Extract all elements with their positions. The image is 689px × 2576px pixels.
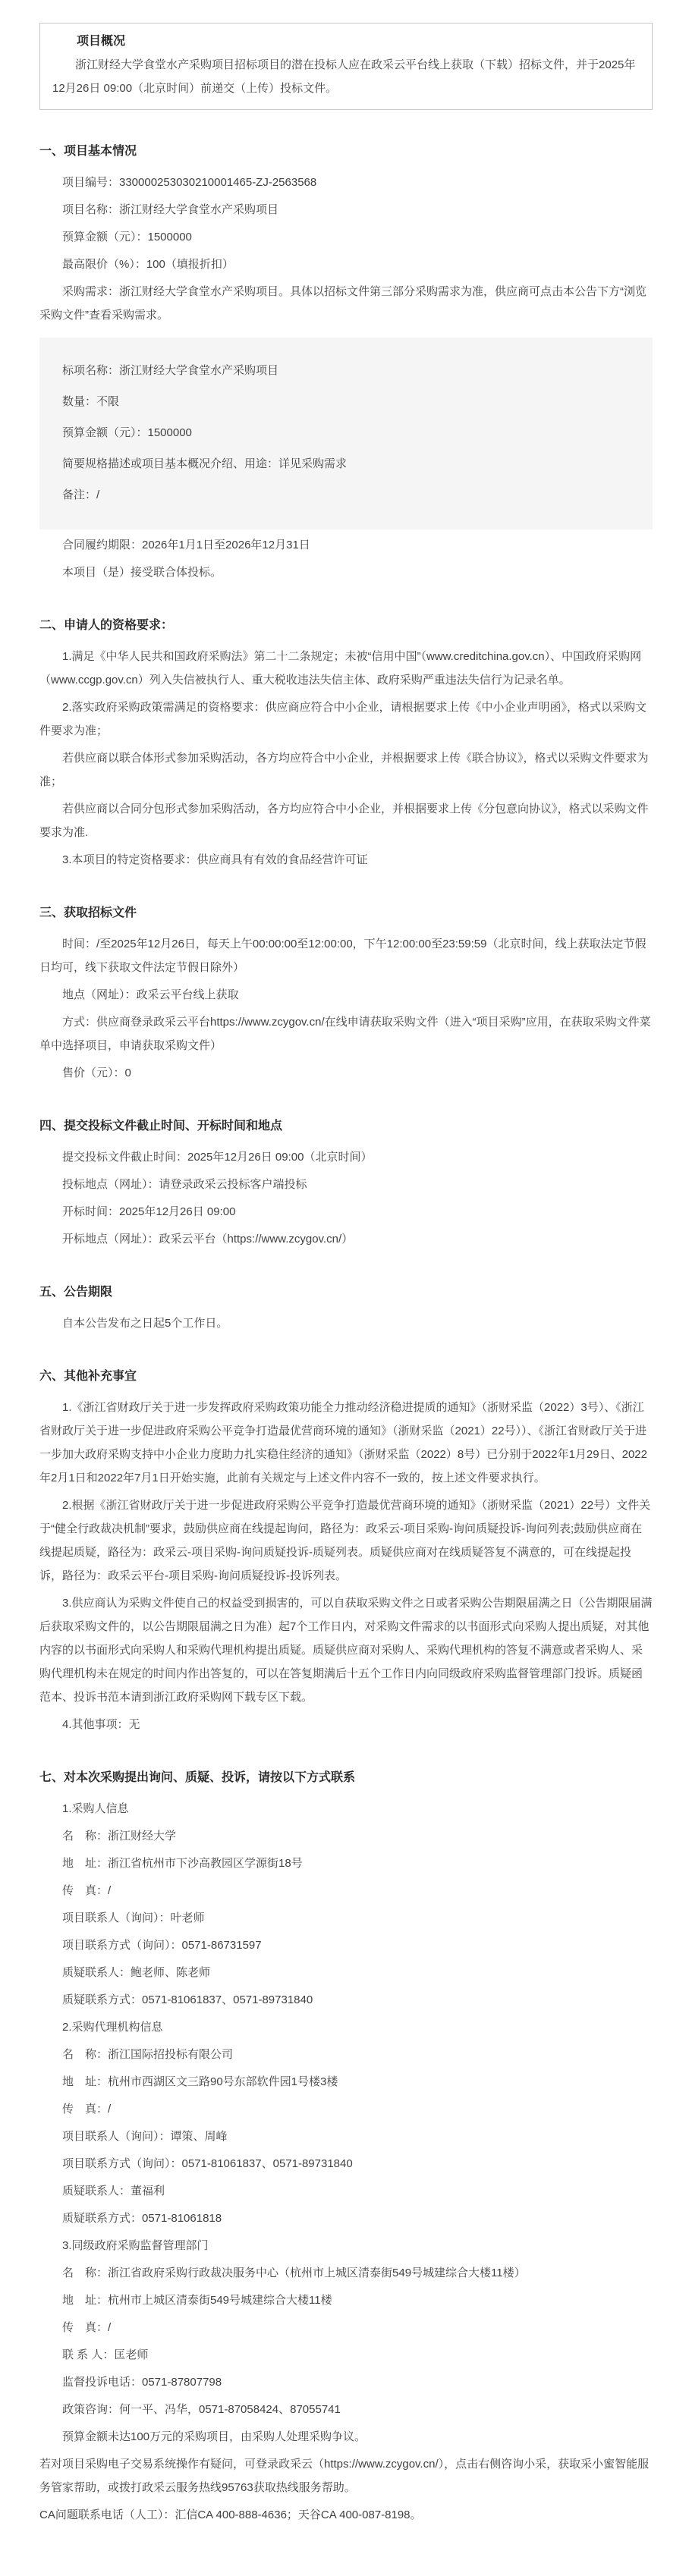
paragraph: 项目联系方式（询问）：0571-81061837、0571-89731840 <box>39 2152 653 2175</box>
paragraph: 3.同级政府采购监督管理部门 <box>39 2234 653 2257</box>
paragraph: 1.满足《中华人民共和国政府采购法》第二十二条规定；未被“信用中国”（www.c… <box>39 645 653 692</box>
overview-title: 项目概况 <box>52 30 640 53</box>
paragraph: 2.根据《浙江省财政厅关于进一步促进政府采购公平竞争打造最优营商环境的通知》（浙… <box>39 1494 653 1588</box>
paragraph: 名 称：浙江国际招投标有限公司 <box>39 2043 653 2066</box>
paragraph: 方式：供应商登录政采云平台https://www.zcygov.cn/在线申请获… <box>39 1010 653 1057</box>
section-heading: 五、公告期限 <box>39 1281 653 1304</box>
paragraph: 采购需求：浙江财经大学食堂水产采购项目。具体以招标文件第三部分采购需求为准，供应… <box>39 280 653 327</box>
panel-paragraph: 备注：/ <box>39 483 653 507</box>
paragraph: 4.其他事项：无 <box>39 1713 653 1736</box>
section-heading: 六、其他补充事宜 <box>39 1365 653 1388</box>
section-heading: 二、申请人的资格要求： <box>39 614 653 637</box>
paragraph: 预算金额未达100万元的采购项目，由采购人处理采购争议。 <box>39 2425 653 2449</box>
paragraph: 质疑联系人：鲍老师、陈老师 <box>39 1961 653 1984</box>
section-heading: 七、对本次采购提出询问、质疑、投诉，请按以下方式联系 <box>39 1767 653 1789</box>
paragraph: 项目名称：浙江财经大学食堂水产采购项目 <box>39 198 653 221</box>
paragraph: 1.采购人信息 <box>39 1797 653 1820</box>
paragraph: 联 系 人：匡老师 <box>39 2343 653 2367</box>
project-overview-box: 项目概况 浙江财经大学食堂水产采购项目招标项目的潜在投标人应在政采云平台线上获取… <box>39 23 653 110</box>
paragraph: 地 址：杭州市西湖区文三路90号东部软件园1号楼3楼 <box>39 2070 653 2094</box>
overview-body: 浙江财经大学食堂水产采购项目招标项目的潜在投标人应在政采云平台线上获取（下载）招… <box>52 53 640 100</box>
content: 一、项目基本情况项目编号：330000253030210001465-ZJ-25… <box>39 140 653 2527</box>
section-heading: 一、项目基本情况 <box>39 140 653 163</box>
paragraph: 2.落实政府采购政策需满足的资格要求：供应商应符合中小企业，请根据要求上传《中小… <box>39 696 653 743</box>
panel-paragraph: 数量：不限 <box>39 390 653 413</box>
paragraph: 地点（网址）：政采云平台线上获取 <box>39 983 653 1007</box>
paragraph: 传 真：/ <box>39 2316 653 2339</box>
paragraph: 地 址：浙江省杭州市下沙高教园区学源街18号 <box>39 1852 653 1875</box>
paragraph: 本项目（是）接受联合体投标。 <box>39 561 653 584</box>
paragraph: 质疑联系方式：0571-81061837、0571-89731840 <box>39 1988 653 2012</box>
paragraph: 项目编号：330000253030210001465-ZJ-2563568 <box>39 171 653 194</box>
paragraph: 名 称：浙江财经大学 <box>39 1824 653 1848</box>
paragraph: 质疑联系方式：0571-81061818 <box>39 2207 653 2230</box>
paragraph: 政策咨询：何一平、冯华，0571-87058424、87055741 <box>39 2398 653 2421</box>
paragraph: 质疑联系人：董福利 <box>39 2179 653 2203</box>
paragraph: 最高限价（%）：100（填报折扣） <box>39 253 653 276</box>
paragraph: 名 称：浙江省政府采购行政裁决服务中心（杭州市上城区清泰街549号城建综合大楼1… <box>39 2261 653 2285</box>
paragraph: 合同履约期限：2026年1月1日至2026年12月31日 <box>39 533 653 557</box>
panel-paragraph: 标项名称：浙江财经大学食堂水产采购项目 <box>39 359 653 382</box>
announcement-page: 项目概况 浙江财经大学食堂水产采购项目招标项目的潜在投标人应在政采云平台线上获取… <box>0 0 689 2576</box>
paragraph: CA问题联系电话（人工）：汇信CA 400-888-4636；天谷CA 400-… <box>39 2503 653 2527</box>
paragraph: 项目联系人（询问）：谭策、周峰 <box>39 2125 653 2148</box>
panel-paragraph: 预算金额（元）：1500000 <box>39 421 653 445</box>
paragraph: 时间：/至2025年12月26日，每天上午00:00:00至12:00:00，下… <box>39 932 653 979</box>
paragraph: 监督投诉电话：0571-87807798 <box>39 2370 653 2394</box>
paragraph: 预算金额（元）：1500000 <box>39 225 653 249</box>
paragraph: 1.《浙江省财政厅关于进一步发挥政府采购政策功能全力推动经济稳进提质的通知》（浙… <box>39 1396 653 1490</box>
paragraph: 3.供应商认为采购文件使自己的权益受到损害的，可以自获取采购文件之日或者采购公告… <box>39 1591 653 1709</box>
paragraph: 传 真：/ <box>39 2097 653 2121</box>
paragraph: 开标地点（网址）：政采云平台（https://www.zcygov.cn/） <box>39 1227 653 1251</box>
paragraph: 项目联系人（询问）：叶老师 <box>39 1906 653 1930</box>
paragraph: 传 真：/ <box>39 1879 653 1902</box>
paragraph: 3.本项目的特定资格要求：供应商具有有效的食品经营许可证 <box>39 848 653 872</box>
paragraph: 自本公告发布之日起5个工作日。 <box>39 1312 653 1335</box>
paragraph: 若供应商以合同分包形式参加采购活动，各方均应符合中小企业，并根据要求上传《分包意… <box>39 797 653 844</box>
lot-info-panel: 标项名称：浙江财经大学食堂水产采购项目数量：不限预算金额（元）：1500000简… <box>39 338 653 529</box>
section-heading: 四、提交投标文件截止时间、开标时间和地点 <box>39 1115 653 1138</box>
panel-paragraph: 简要规格描述或项目基本概况介绍、用途：详见采购需求 <box>39 452 653 476</box>
paragraph: 2.采购代理机构信息 <box>39 2015 653 2039</box>
paragraph: 提交投标文件截止时间：2025年12月26日 09:00（北京时间） <box>39 1145 653 1169</box>
paragraph: 投标地点（网址）：请登录政采云投标客户端投标 <box>39 1173 653 1196</box>
paragraph: 地 址：杭州市上城区清泰街549号城建综合大楼11楼 <box>39 2289 653 2312</box>
paragraph: 若供应商以联合体形式参加采购活动，各方均应符合中小企业，并根据要求上传《联合协议… <box>39 746 653 793</box>
section-heading: 三、获取招标文件 <box>39 902 653 925</box>
paragraph: 项目联系方式（询问）：0571-86731597 <box>39 1934 653 1957</box>
paragraph: 售价（元）：0 <box>39 1061 653 1085</box>
paragraph: 若对项目采购电子交易系统操作有疑问，可登录政采云（https://www.zcy… <box>39 2452 653 2499</box>
paragraph: 开标时间：2025年12月26日 09:00 <box>39 1200 653 1224</box>
